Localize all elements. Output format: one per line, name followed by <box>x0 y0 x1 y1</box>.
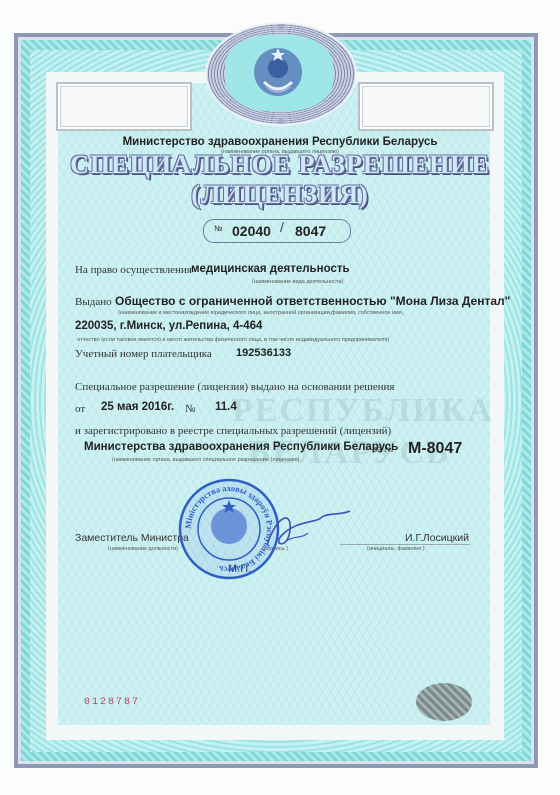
decision-number: 11.4 <box>215 401 237 413</box>
issued-to-label: Выдано <box>75 296 112 308</box>
blank-field-left <box>56 82 192 131</box>
signatory-name: И.Г.Лосицкий <box>405 532 469 544</box>
name-caption: (инициалы, фамилия ) <box>367 546 425 552</box>
title-line1: СПЕЦИАЛЬНОЕ РАЗРЕШЕНИЕ <box>0 150 560 180</box>
title-line2: (ЛИЦЕНЗИЯ) <box>0 180 560 210</box>
issued-to-caption1: (наименование и местонахождение юридичес… <box>118 310 403 316</box>
license-number-part1: 02040 <box>232 223 271 239</box>
signature-icon <box>262 505 352 555</box>
hologram-icon <box>416 683 472 721</box>
license-number-separator: / <box>280 219 284 235</box>
state-emblem-icon <box>248 42 308 102</box>
issuing-body: Министерство здравоохранения Республики … <box>0 136 560 148</box>
registry-caption: (наименование органа, выдавшего специаль… <box>112 457 299 463</box>
number-sign: № <box>214 224 223 233</box>
license-number-part2: 8047 <box>295 223 326 239</box>
issued-to-address: 220035, г.Минск, ул.Репина, 4-464 <box>75 320 262 332</box>
decision-number-label: № <box>185 403 196 415</box>
signature-name-line <box>340 544 470 545</box>
registry-for-label: за № <box>373 444 393 455</box>
activity-value: медицинская деятельность <box>191 263 350 275</box>
serial-number: 0128787 <box>84 697 140 708</box>
activity-caption: (наименование вида деятельности) <box>252 279 343 285</box>
decision-date: 25 мая 2016г. <box>101 401 174 413</box>
position-caption: (наименование должности) <box>108 546 178 552</box>
activity-label: На право осуществления <box>75 264 192 276</box>
taxpayer-label: Учетный номер плательщика <box>75 348 212 360</box>
taxpayer-value: 192536133 <box>236 347 291 359</box>
registry-text: и зарегистрировано в реестре специальных… <box>75 425 391 437</box>
blank-field-right <box>358 82 494 131</box>
decision-text: Специальное разрешение (лицензия) выдано… <box>75 381 394 393</box>
seal-mark: М.П. <box>228 563 251 575</box>
license-number-box <box>203 219 351 243</box>
issued-to-caption2: отчество (если таковое имеется) и место … <box>77 337 389 343</box>
registry-body: Министерства здравоохранения Республики … <box>84 441 398 453</box>
issued-to-value: Общество с ограниченной ответственностью… <box>115 294 510 308</box>
decision-from-label: от <box>75 403 85 415</box>
registry-number: М-8047 <box>408 440 462 458</box>
signatory-position: Заместитель Министра <box>75 532 189 544</box>
